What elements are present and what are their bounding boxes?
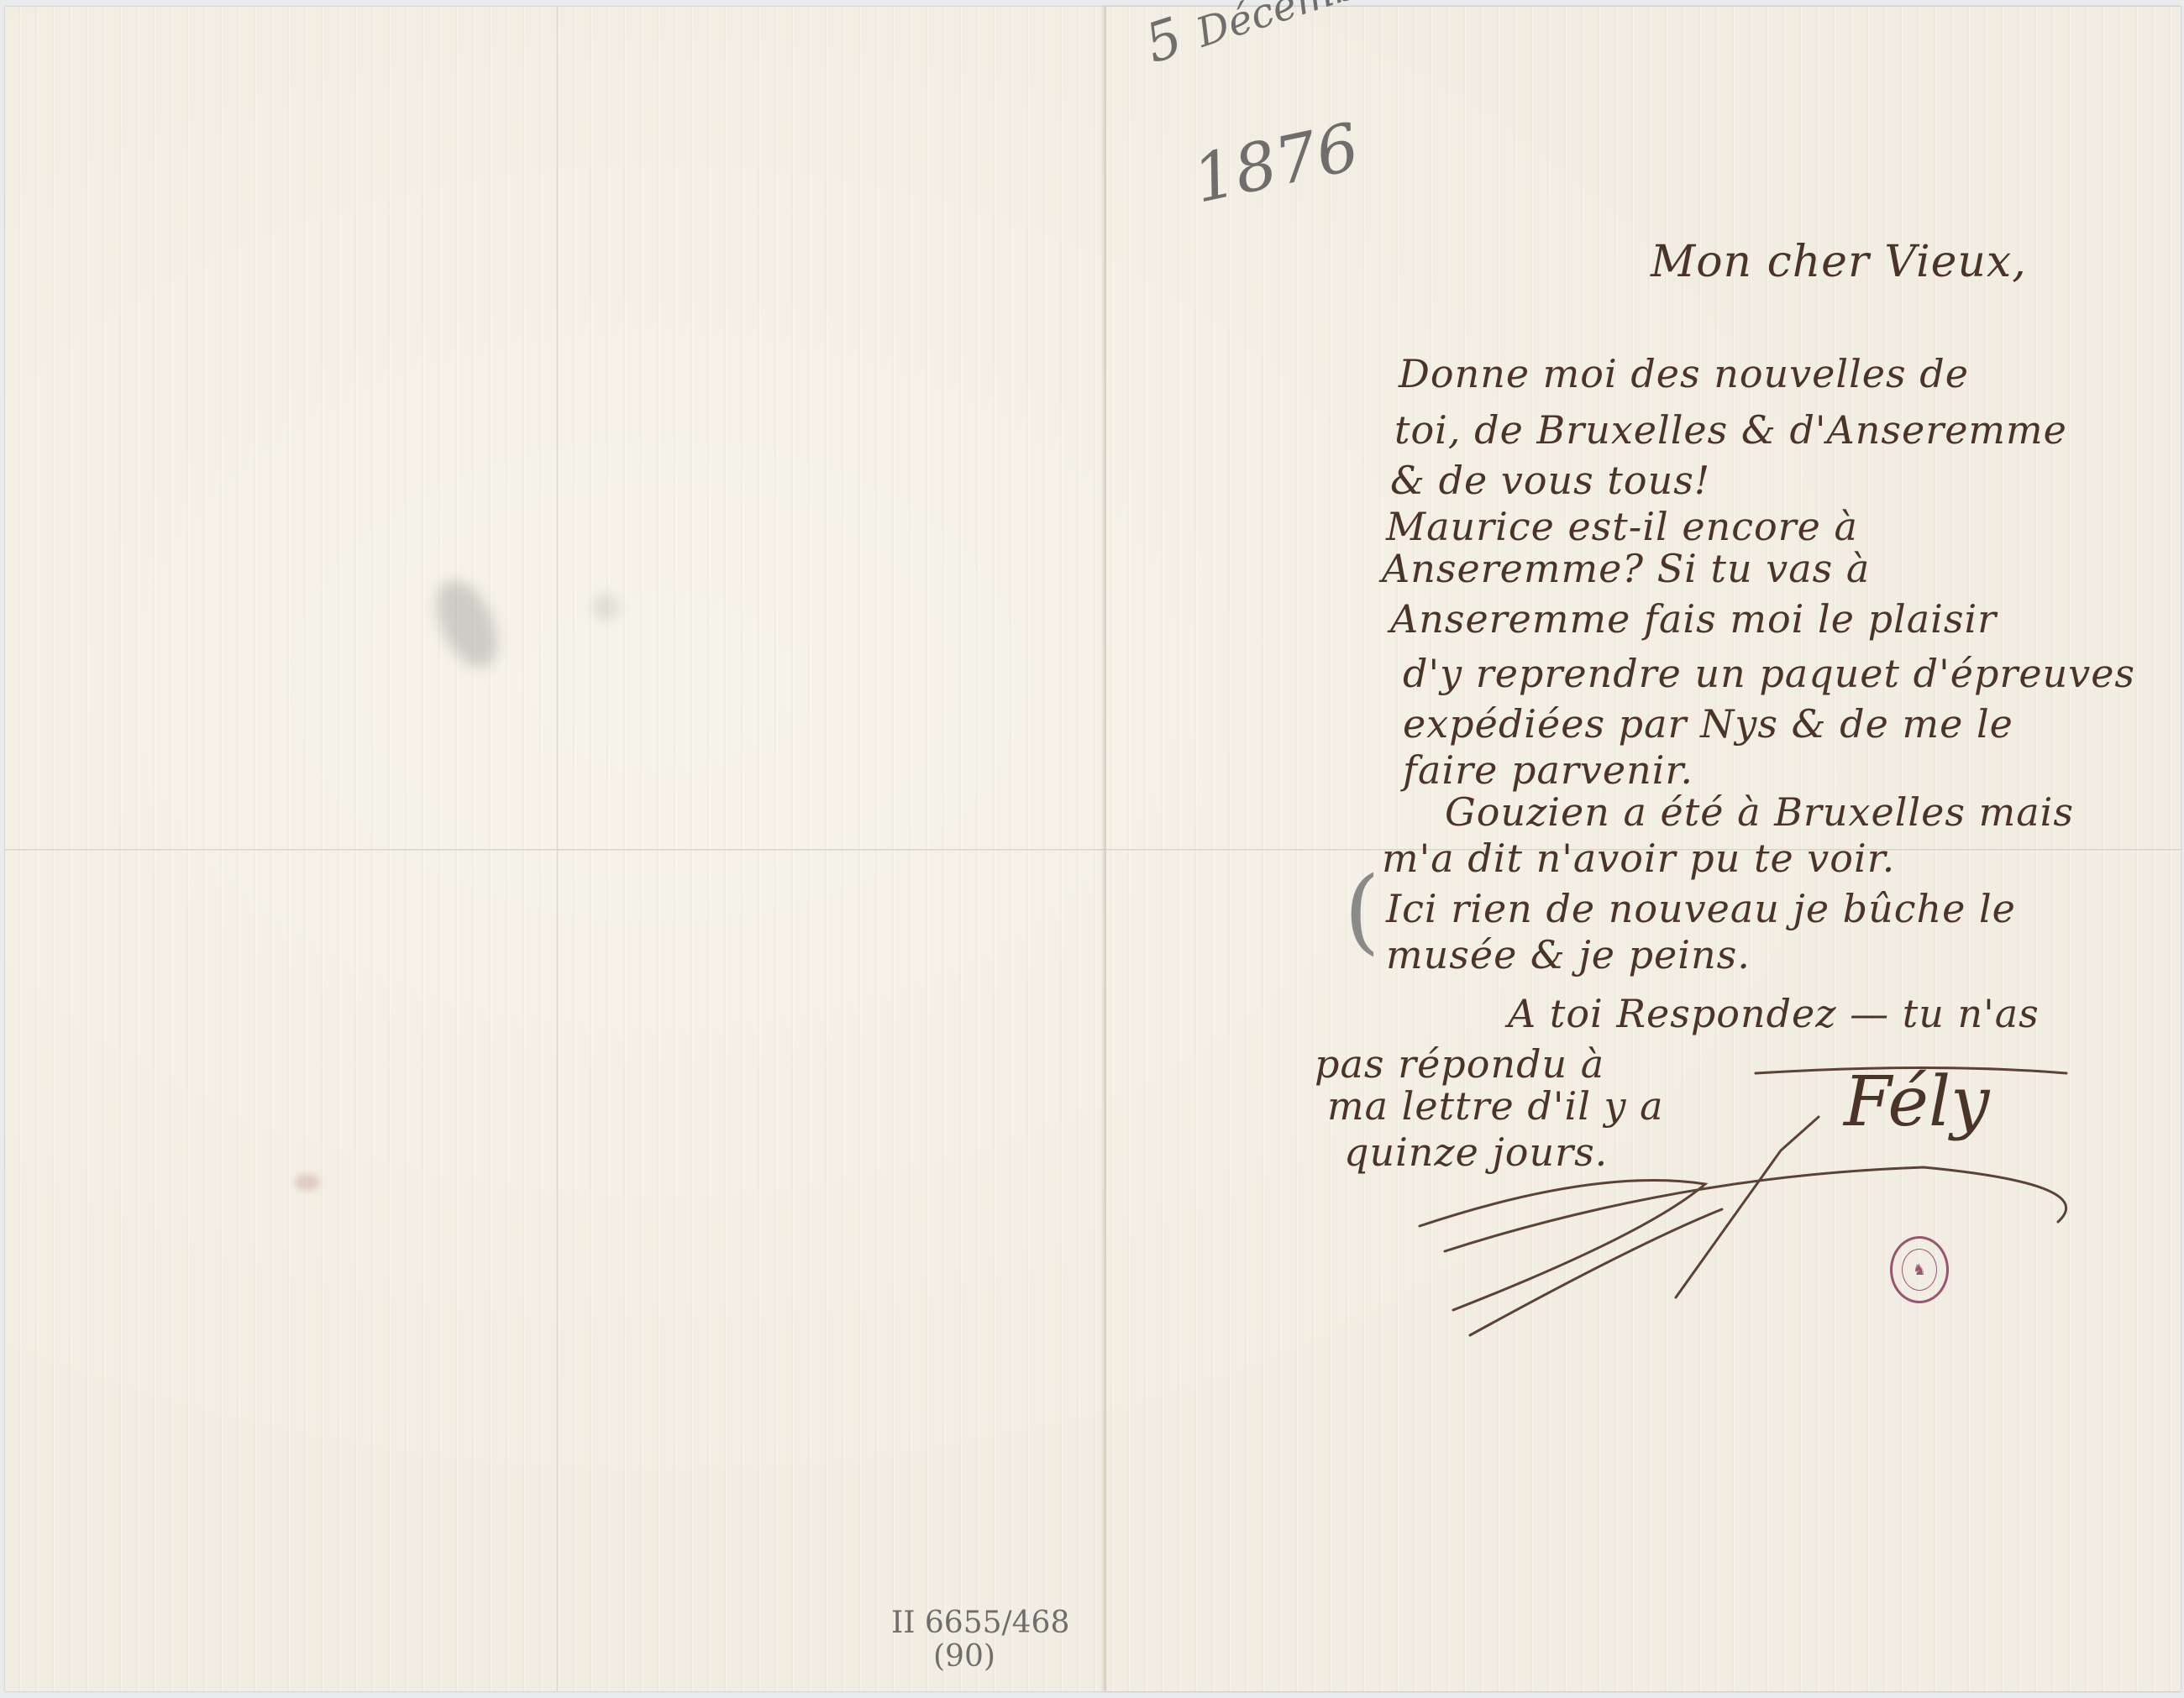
signature-flourish [0,0,2184,1698]
library-stamp: ♞ [1890,1236,1949,1303]
lion-emblem-icon: ♞ [1902,1249,1937,1291]
